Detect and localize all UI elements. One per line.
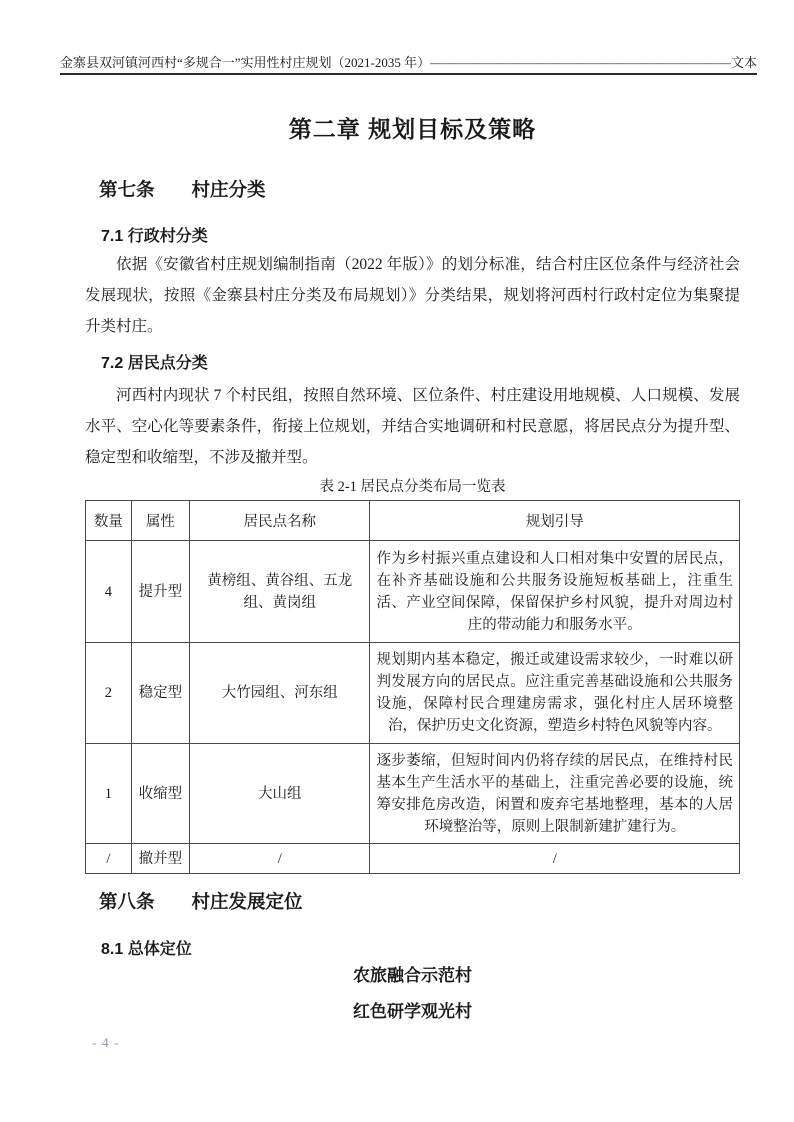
cell-names: 黄榜组、黄谷组、五龙组、黄岗组 bbox=[189, 541, 370, 643]
section-7-2-paragraph: 河西村内现状 7 个村民组，按照自然环境、区位条件、村庄建设用地规模、人口规模、… bbox=[85, 380, 740, 473]
chapter-title: 第二章 规划目标及策略 bbox=[85, 113, 740, 145]
cell-type: 撤并型 bbox=[131, 844, 189, 874]
document-page: 金寨县双河镇河西村“多规合一”实用性村庄规划（2021-2035 年） ————… bbox=[0, 0, 794, 1122]
table-row: 4 提升型 黄榜组、黄谷组、五龙组、黄岗组 作为乡村振兴重点建设和人口相对集中安… bbox=[86, 541, 740, 643]
cell-names: 大山组 bbox=[189, 744, 370, 844]
table-header-settlement-name: 居民点名称 bbox=[189, 501, 370, 541]
table-header-planning-guidance: 规划引导 bbox=[370, 501, 740, 541]
cell-type: 收缩型 bbox=[131, 744, 189, 844]
content-column: 第二章 规划目标及策略 第七条 村庄分类 7.1 行政村分类 依据《安徽省村庄规… bbox=[85, 0, 740, 1023]
section-7-1-heading: 7.1 行政村分类 bbox=[101, 226, 740, 248]
section-8-heading: 第八条 村庄发展定位 bbox=[99, 889, 740, 914]
table-header-row: 数量 属性 居民点名称 规划引导 bbox=[86, 501, 740, 541]
cell-names: 大竹园组、河东组 bbox=[189, 643, 370, 744]
cell-count: 4 bbox=[86, 541, 132, 643]
cell-guidance: 作为乡村振兴重点建设和人口相对集中安置的居民点，在补齐基础设施和公共服务设施短板… bbox=[370, 541, 740, 643]
table-row: 2 稳定型 大竹园组、河东组 规划期内基本稳定，搬迁或建设需求较少，一时难以研判… bbox=[86, 643, 740, 744]
cell-type: 稳定型 bbox=[131, 643, 189, 744]
cell-type: 提升型 bbox=[131, 541, 189, 643]
cell-names: / bbox=[189, 844, 370, 874]
positioning-line-1: 农旅融合示范村 bbox=[85, 964, 740, 987]
page-number: - 4 - bbox=[92, 1035, 120, 1051]
table-row: / 撤并型 / / bbox=[86, 844, 740, 874]
section-8-1-heading: 8.1 总体定位 bbox=[101, 939, 740, 961]
cell-count: 2 bbox=[86, 643, 132, 744]
table-header-attribute: 属性 bbox=[131, 501, 189, 541]
section-7-1-paragraph: 依据《安徽省村庄规划编制指南（2022 年版）》的划分标准，结合村庄区位条件与经… bbox=[85, 249, 740, 342]
table-header-quantity: 数量 bbox=[86, 501, 132, 541]
cell-guidance: 逐步萎缩，但短时间内仍将存续的居民点，在维持村民基本生产生活水平的基础上，注重完… bbox=[370, 744, 740, 844]
cell-count: 1 bbox=[86, 744, 132, 844]
table-caption: 表 2-1 居民点分类布局一览表 bbox=[85, 480, 740, 495]
residents-classification-table: 数量 属性 居民点名称 规划引导 4 提升型 黄榜组、黄谷组、五龙组、黄岗组 作… bbox=[85, 500, 740, 874]
cell-guidance: 规划期内基本稳定，搬迁或建设需求较少，一时难以研判发展方向的居民点。应注重完善基… bbox=[370, 643, 740, 744]
cell-guidance: / bbox=[370, 844, 740, 874]
section-7-heading: 第七条 村庄分类 bbox=[99, 177, 740, 202]
section-7-2-heading: 7.2 居民点分类 bbox=[101, 353, 740, 375]
table-row: 1 收缩型 大山组 逐步萎缩，但短时间内仍将存续的居民点，在维持村民基本生产生活… bbox=[86, 744, 740, 844]
cell-count: / bbox=[86, 844, 132, 874]
positioning-line-2: 红色研学观光村 bbox=[85, 1000, 740, 1023]
